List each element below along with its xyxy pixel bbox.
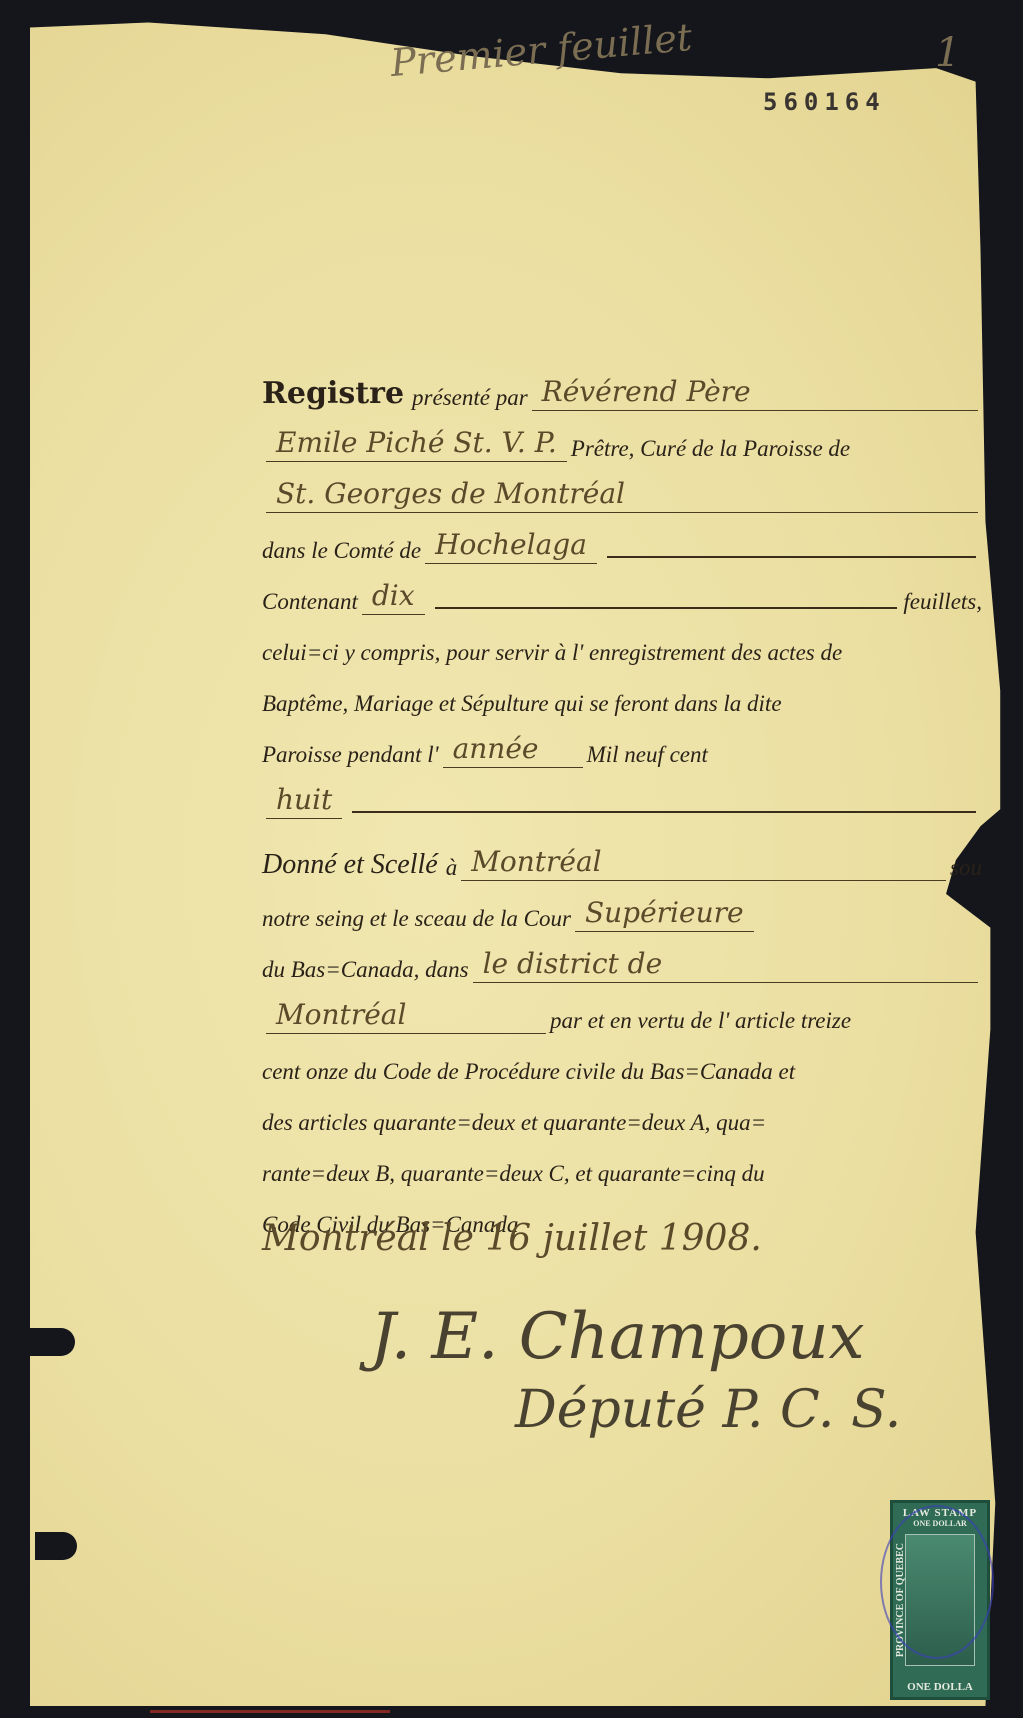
printed-text: des articles quarante=deux et quarante=d… (262, 1110, 766, 1136)
form-line-6: celui=ci y compris, pour servir à l' enr… (262, 615, 982, 666)
printed-text: cent onze du Code de Procédure civile du… (262, 1059, 795, 1085)
form-line-7: Baptême, Mariage et Sépulture qui se fer… (262, 666, 982, 717)
fill-rule (607, 556, 976, 558)
printed-text: rante=deux B, quarante=deux C, et quaran… (262, 1161, 765, 1187)
printed-text: Paroisse pendant l' (262, 742, 439, 768)
printed-text: Baptême, Mariage et Sépulture qui se fer… (262, 691, 782, 717)
year-field: huit (266, 783, 342, 819)
printed-text: feuillets, (903, 589, 982, 615)
form-line-4: dans le Comté de Hochelaga (262, 513, 982, 564)
district-name-field: Montréal (266, 998, 546, 1034)
form-line-10: Donné et Scellé à Montréal sou (262, 819, 982, 881)
date-line: Montréal le 16 juillet 1908. (262, 1218, 762, 1259)
printed-text: Donné et Scellé (262, 849, 438, 881)
printed-text: celui=ci y compris, pour servir à l' enr… (262, 640, 842, 666)
fill-rule (352, 811, 976, 813)
form-line-11: notre seing et le sceau de la Cour Supér… (262, 881, 982, 932)
form-line-12: du Bas=Canada, dans le district de (262, 932, 982, 983)
form-line-3: St. Georges de Montréal (262, 462, 982, 513)
binding-notch-top (20, 1328, 75, 1356)
printed-text: Prêtre, Curé de la Paroisse de (571, 436, 850, 462)
form-line-15: des articles quarante=deux et quarante=d… (262, 1085, 982, 1136)
register-form: Registre présenté par Révérend Père Emil… (262, 360, 982, 1238)
court-field: Supérieure (575, 896, 754, 932)
signature-name: J. E. Champoux (370, 1300, 865, 1374)
title-registre: Registre (262, 376, 404, 411)
form-line-9: huit (262, 768, 982, 819)
stamp-bottom-text: ONE DOLLA (893, 1681, 987, 1693)
printed-text: Contenant (262, 589, 358, 615)
cancellation-mark (880, 1505, 994, 1659)
printed-text: sou (950, 855, 982, 881)
form-line-16: rante=deux B, quarante=deux C, et quaran… (262, 1136, 982, 1187)
county-field: Hochelaga (425, 528, 597, 564)
form-line-5: Contenant dix feuillets, (262, 564, 982, 615)
reference-number: 560164 (763, 88, 886, 116)
binding-notch-bottom (35, 1532, 77, 1560)
form-line-14: cent onze du Code de Procédure civile du… (262, 1034, 982, 1085)
printed-text: présenté par (412, 385, 528, 411)
printed-text: du Bas=Canada, dans (262, 957, 469, 983)
red-archive-mark (150, 1710, 390, 1713)
place-field: Montréal (461, 845, 946, 881)
printed-text: Mil neuf cent (587, 742, 708, 768)
printed-text: à (446, 855, 458, 881)
printed-text: notre seing et le sceau de la Cour (262, 906, 571, 932)
form-line-2: Emile Piché St. V. P. Prêtre, Curé de la… (262, 411, 982, 462)
leaf-count-field: dix (362, 579, 425, 615)
printed-text: par et en vertu de l' article treize (550, 1008, 851, 1034)
fill-rule (435, 607, 898, 609)
form-line-13: Montréal par et en vertu de l' article t… (262, 983, 982, 1034)
form-line-8: Paroisse pendant l' année Mil neuf cent (262, 717, 982, 768)
parish-field: St. Georges de Montréal (266, 477, 978, 513)
page-number: 1 (935, 30, 960, 76)
priest-name-field: Emile Piché St. V. P. (266, 426, 567, 462)
form-line-1: Registre présenté par Révérend Père (262, 360, 982, 411)
signature-title: Député P. C. S. (515, 1380, 901, 1440)
district-field: le district de (473, 947, 978, 983)
printed-text: dans le Comté de (262, 538, 421, 564)
year-word-field: année (443, 732, 583, 768)
presenter-field: Révérend Père (532, 375, 978, 411)
